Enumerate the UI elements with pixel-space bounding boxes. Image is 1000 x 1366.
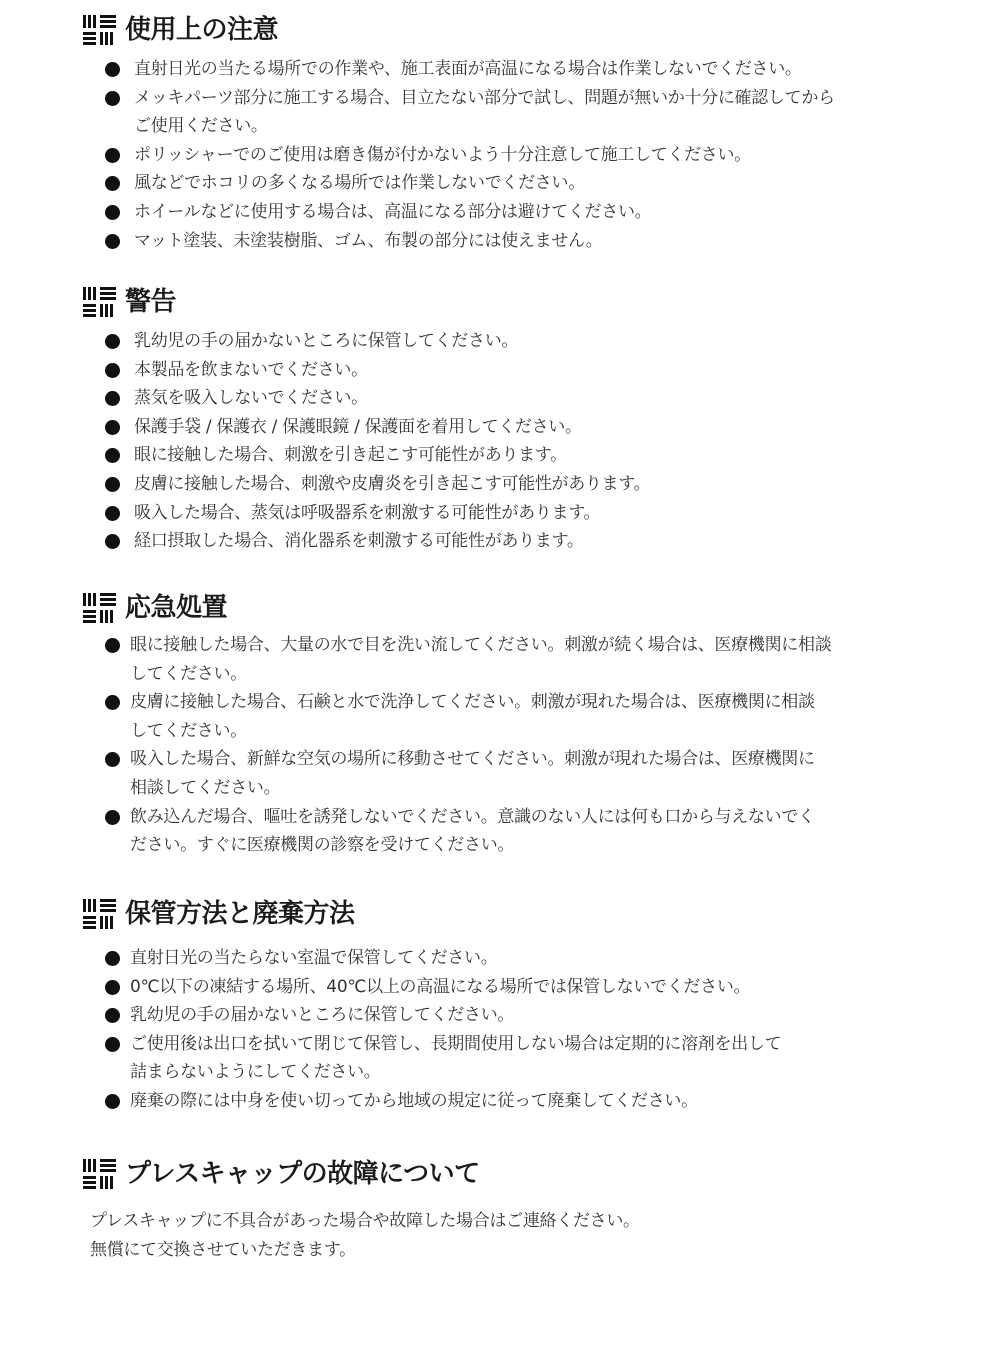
section-title: 警告 xyxy=(125,282,176,322)
list-item: ホイールなどに使用する場合は、高温になる部分は避けてください。 xyxy=(0,198,1000,227)
list-item: 飲み込んだ場合、嘔吐を誘発しないでください。意識のない人には何も口から与えないで… xyxy=(0,803,1000,860)
section-title: 応急処置 xyxy=(125,588,227,628)
section-bars-icon xyxy=(83,593,116,623)
bullet-icon xyxy=(105,205,120,220)
bullet-icon xyxy=(105,638,120,653)
section-usage-precautions: 使用上の注意 直射日光の当たる場所での作業や、施工表面が高温になる場合は作業しな… xyxy=(0,10,1000,50)
bullet-list: 直射日光の当たる場所での作業や、施工表面が高温になる場合は作業しないでください。… xyxy=(0,55,1000,255)
bullet-icon xyxy=(105,420,120,435)
list-item: 乳幼児の手の届かないところに保管してください。 xyxy=(0,327,1000,356)
section-title: プレスキャップの故障について xyxy=(125,1154,480,1194)
section-heading: 使用上の注意 xyxy=(0,10,1000,50)
bullet-icon xyxy=(105,91,120,106)
paragraph-line: 無償にて交換させていただきます。 xyxy=(90,1236,356,1265)
section-title: 使用上の注意 xyxy=(125,10,278,50)
list-item: 直射日光の当たる場所での作業や、施工表面が高温になる場合は作業しないでください。 xyxy=(0,55,1000,84)
bullet-icon xyxy=(105,951,120,966)
bullet-icon xyxy=(105,363,120,378)
section-bars-icon xyxy=(83,15,116,45)
bullet-icon xyxy=(105,334,120,349)
section-first-aid: 応急処置 眼に接触した場合、大量の水で目を洗い流してください。刺激が続く場合は、… xyxy=(0,588,1000,628)
list-item: 乳幼児の手の届かないところに保管してください。 xyxy=(0,1001,1000,1030)
list-item: 0℃以下の凍結する場所、40℃以上の高温になる場所では保管しないでください。 xyxy=(0,973,1000,1002)
bullet-icon xyxy=(105,534,120,549)
list-item: 蒸気を吸入しないでください。 xyxy=(0,384,1000,413)
section-heading: 応急処置 xyxy=(0,588,1000,628)
bullet-icon xyxy=(105,810,120,825)
section-heading: 保管方法と廃棄方法 xyxy=(0,894,1000,934)
list-item: 経口摂取した場合、消化器系を刺激する可能性があります。 xyxy=(0,527,1000,556)
bullet-icon xyxy=(105,477,120,492)
bullet-icon xyxy=(105,980,120,995)
bullet-icon xyxy=(105,1037,120,1052)
list-item: ご使用後は出口を拭いて閉じて保管し、長期間使用しない場合は定期的に溶剤を出して詰… xyxy=(0,1030,1000,1087)
section-storage-disposal: 保管方法と廃棄方法 直射日光の当たらない室温で保管してください。 0℃以下の凍結… xyxy=(0,894,1000,934)
list-item: 直射日光の当たらない室温で保管してください。 xyxy=(0,944,1000,973)
bullet-icon xyxy=(105,1094,120,1109)
bullet-icon xyxy=(105,391,120,406)
bullet-icon xyxy=(105,148,120,163)
bullet-icon xyxy=(105,752,120,767)
section-bars-icon xyxy=(83,287,116,317)
list-item: 皮膚に接触した場合、石鹸と水で洗浄してください。刺激が現れた場合は、医療機関に相… xyxy=(0,688,1000,745)
list-item: 眼に接触した場合、大量の水で目を洗い流してください。刺激が続く場合は、医療機関に… xyxy=(0,631,1000,688)
section-heading: 警告 xyxy=(0,282,1000,322)
section-heading: プレスキャップの故障について xyxy=(0,1154,1000,1194)
list-item: 保護手袋 / 保護衣 / 保護眼鏡 / 保護面を着用してください。 xyxy=(0,413,1000,442)
section-warning: 警告 乳幼児の手の届かないところに保管してください。 本製品を飲まないでください… xyxy=(0,282,1000,322)
bullet-icon xyxy=(105,176,120,191)
section-press-cap-malfunction: プレスキャップの故障について プレスキャップに不具合があった場合や故障した場合は… xyxy=(0,1154,1000,1194)
section-bars-icon xyxy=(83,1159,116,1189)
bullet-icon xyxy=(105,234,120,249)
list-item: ポリッシャーでのご使用は磨き傷が付かないよう十分注意して施工してください。 xyxy=(0,141,1000,170)
list-item: 吸入した場合、新鮮な空気の場所に移動させてください。刺激が現れた場合は、医療機関… xyxy=(0,745,1000,802)
bullet-icon xyxy=(105,506,120,521)
list-item: 眼に接触した場合、刺激を引き起こす可能性があります。 xyxy=(0,441,1000,470)
bullet-list: 直射日光の当たらない室温で保管してください。 0℃以下の凍結する場所、40℃以上… xyxy=(0,944,1000,1116)
bullet-list: 乳幼児の手の届かないところに保管してください。 本製品を飲まないでください。 蒸… xyxy=(0,327,1000,556)
section-bars-icon xyxy=(83,899,116,929)
list-item: 風などでホコリの多くなる場所では作業しないでください。 xyxy=(0,169,1000,198)
bullet-icon xyxy=(105,62,120,77)
section-title: 保管方法と廃棄方法 xyxy=(125,894,355,934)
list-item: 本製品を飲まないでください。 xyxy=(0,356,1000,385)
bullet-icon xyxy=(105,1008,120,1023)
bullet-list: 眼に接触した場合、大量の水で目を洗い流してください。刺激が続く場合は、医療機関に… xyxy=(0,631,1000,860)
bullet-icon xyxy=(105,695,120,710)
paragraph-line: プレスキャップに不具合があった場合や故障した場合はご連絡ください。 xyxy=(90,1207,640,1236)
list-item: 皮膚に接触した場合、刺激や皮膚炎を引き起こす可能性があります。 xyxy=(0,470,1000,499)
list-item: 吸入した場合、蒸気は呼吸器系を刺激する可能性があります。 xyxy=(0,499,1000,528)
bullet-icon xyxy=(105,448,120,463)
list-item: メッキパーツ部分に施工する場合、目立たない部分で試し、問題が無いか十分に確認して… xyxy=(0,84,1000,141)
list-item: マット塗装、未塗装樹脂、ゴム、布製の部分には使えません。 xyxy=(0,227,1000,256)
list-item: 廃棄の際には中身を使い切ってから地域の規定に従って廃棄してください。 xyxy=(0,1087,1000,1116)
